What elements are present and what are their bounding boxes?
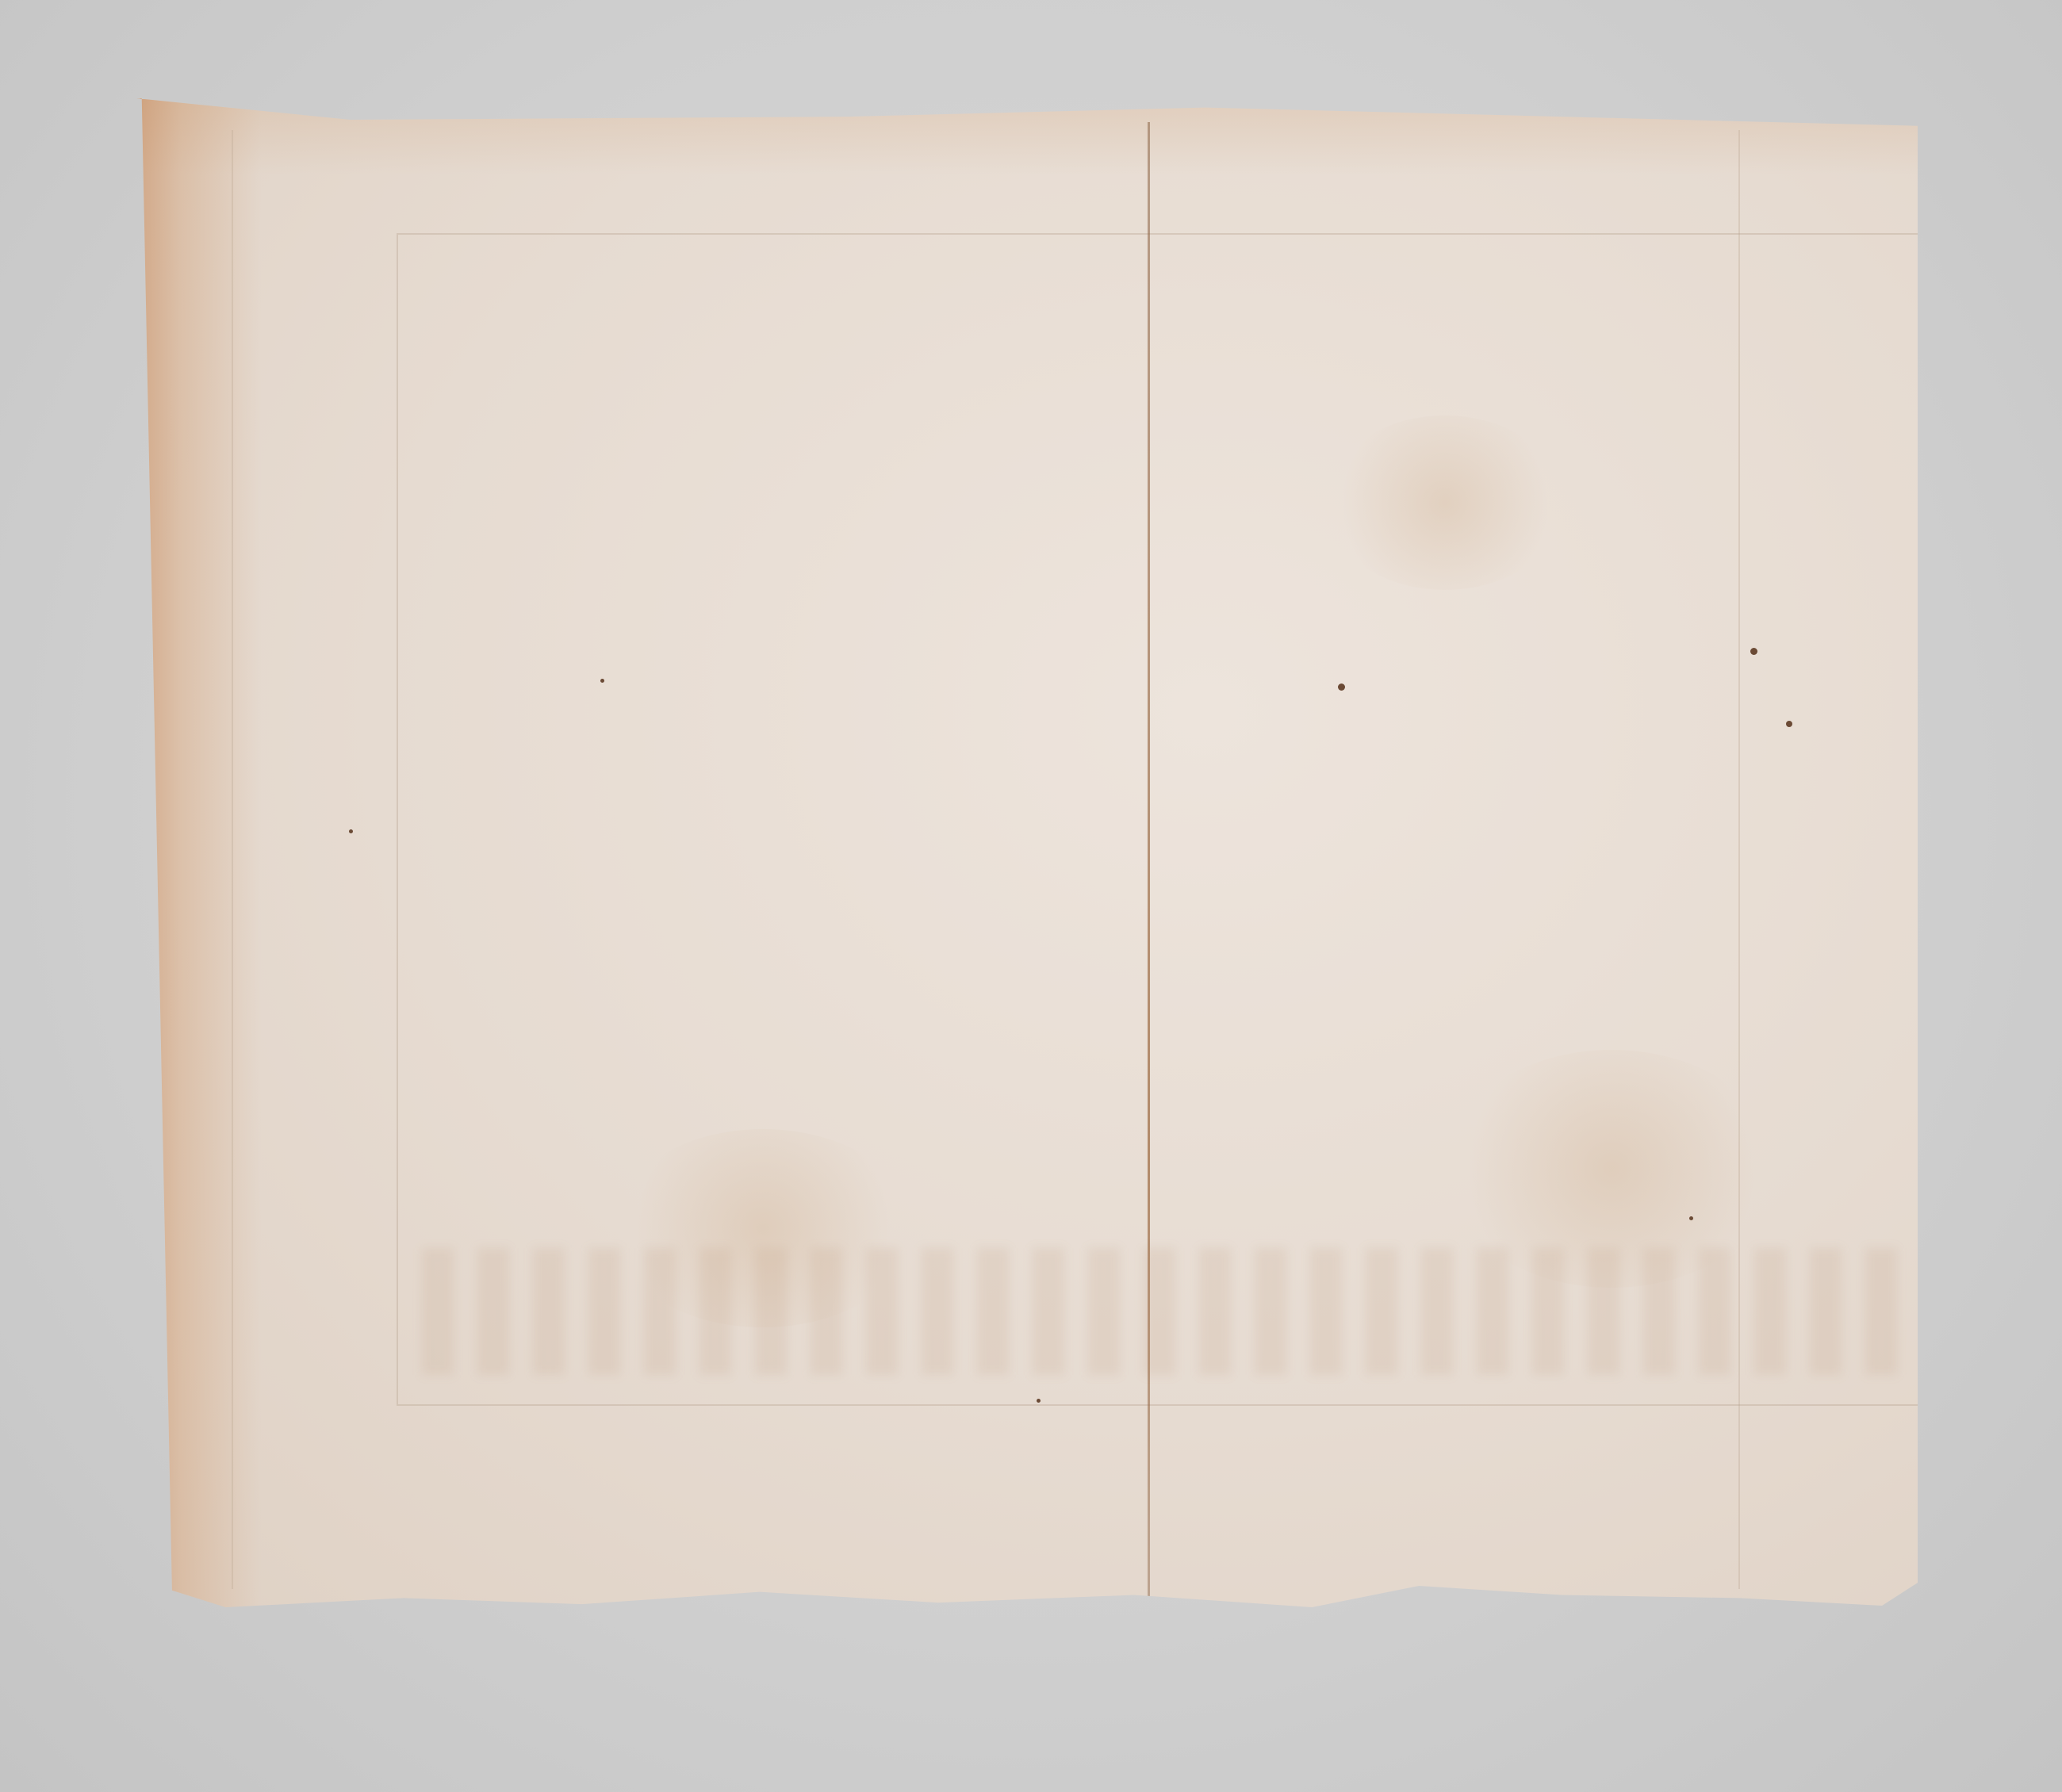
toning-stain xyxy=(1326,415,1564,590)
toning-stain xyxy=(1445,1050,1778,1288)
foxing-spot xyxy=(1037,1399,1041,1403)
foxing-spot xyxy=(1338,683,1345,691)
center-fold-line xyxy=(1148,122,1150,1605)
foxing-spot xyxy=(1786,721,1792,727)
foxing-spot xyxy=(600,679,604,683)
foxing-spot xyxy=(1750,648,1757,655)
foxing-spot xyxy=(349,829,353,833)
paper-sheet xyxy=(136,98,1918,1629)
foxing-spot xyxy=(1689,1216,1693,1220)
chain-line xyxy=(232,130,233,1589)
toning-stain xyxy=(612,1129,914,1327)
